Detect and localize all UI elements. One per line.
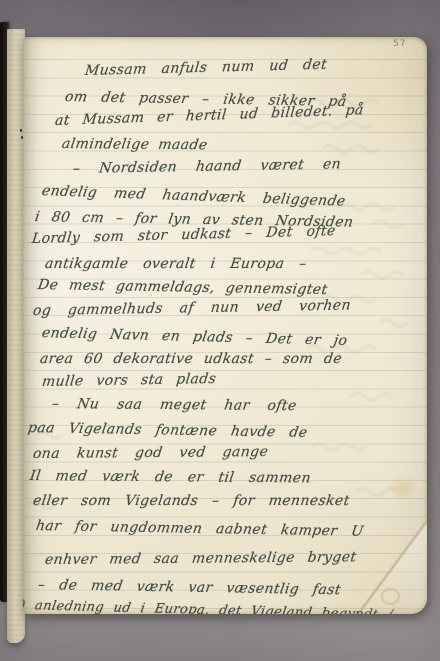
page-number: 57 [393,39,406,49]
notebook-spine [0,22,9,602]
handwriting-line: at Mussam er hertil ud billedet. på [54,102,364,129]
handwriting-line: og gammelhuds af nun ved vorhen [32,297,352,319]
handwriting-line: mulle vors sta plads [41,371,217,390]
handwriting-line: eller som Vigelands – for mennesket [32,493,351,509]
handwriting-line: – de med værk var væsentlig fast [37,577,342,598]
fold-ring-mark [381,588,400,605]
corner-fold [351,515,427,614]
handwriting-line: Lordly som stor udkast – Det ofte [31,223,336,247]
page-edge-stack [7,29,25,643]
handwriting-line: Mussam anfuls num ud det [84,57,328,79]
handwriting-block: Mussam anfuls num ud det om det passer –… [23,37,427,614]
ruled-lines [23,59,427,614]
handwriting-line: almindelige maade [61,136,209,153]
handwriting-line: – Nu saa meget har ofte [51,396,298,414]
handwriting-line: ud – [230,613,259,614]
handwriting-line: ona kunst god ved gange [32,444,269,462]
handwriting-line: endelig Navn en plads – Det er jo [41,325,349,349]
handwriting-line: paa Vigelands fontæne havde de [27,420,309,441]
notebook-photo: Mussam anfuls num ud det om det passer –… [0,0,440,661]
handwriting-line: har for ungdommen aabnet kamper U [35,518,365,540]
handwriting-line: De mest gammeldags, gennemsigtet [37,277,329,298]
notebook-page: Mussam anfuls num ud det om det passer –… [23,37,427,614]
showthrough-writing [23,37,427,614]
handwriting-line: om det passer – ikke sikker på [64,89,348,110]
handwriting-line: Il med værk de er til sammen [29,468,312,486]
fold-crease-line [359,522,426,612]
handwriting-line: i 80 cm – for lyn av sten Nordsiden [34,209,355,231]
handwriting-line: ) anledning ud i Europa, det Vigeland be… [23,598,394,614]
handwriting-line: area 60 dekorative udkast – som de [39,351,343,367]
handwriting-line: enhver med saa menneskelige bryget [44,549,358,568]
handwriting-line: antikgamle overalt i Europa – [44,256,308,272]
ink-speck [21,136,23,139]
handwriting-line: endelig med haandværk beliggende [41,183,347,210]
paper-stain [388,475,418,501]
handwriting-line: – Nordsiden haand været en [72,156,342,177]
ink-speck [20,129,22,132]
